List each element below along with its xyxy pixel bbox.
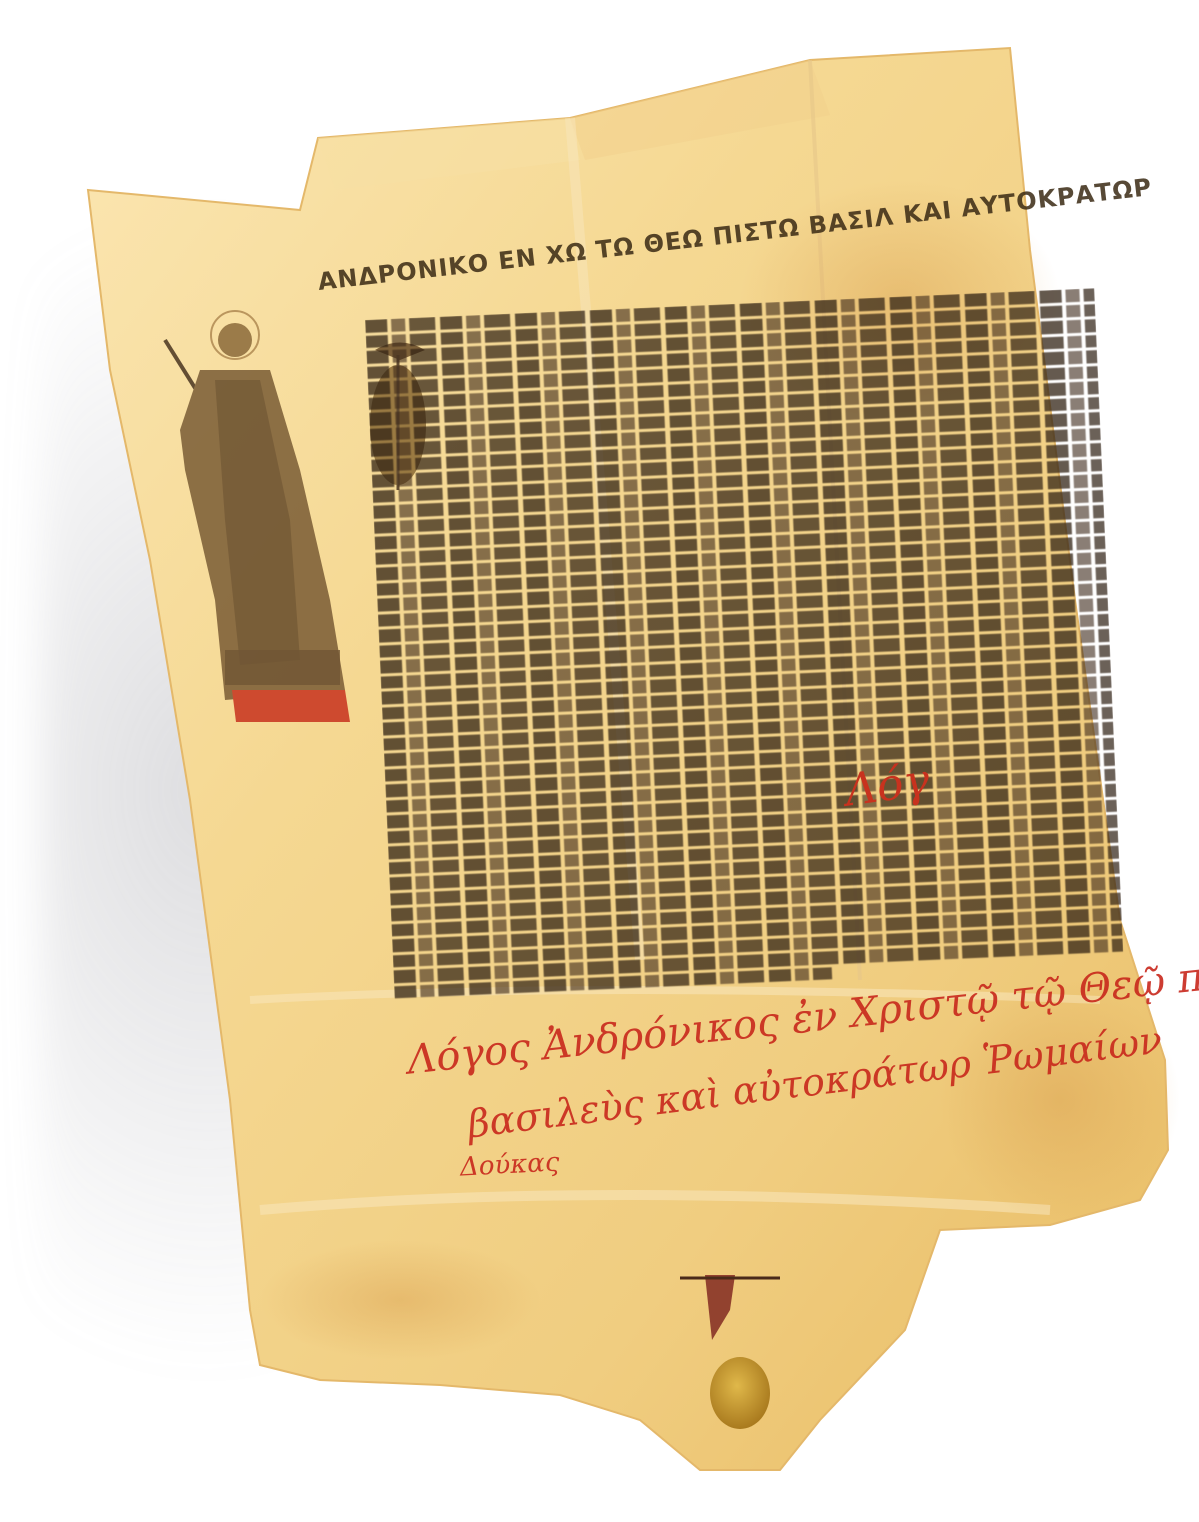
photo-stage: ΑΝΔΡΟΝΙΚΟ ΕΝ ΧΩ ΤΩ ΘΕΩ ΠΙΣΤΩ ΒΑΣΙΛ ΚΑΙ Α… xyxy=(0,0,1199,1522)
gold-seal xyxy=(710,1357,770,1429)
manuscript-body-text xyxy=(365,288,1125,1019)
imperial-signature-line-3: Δούκας xyxy=(459,1147,560,1182)
